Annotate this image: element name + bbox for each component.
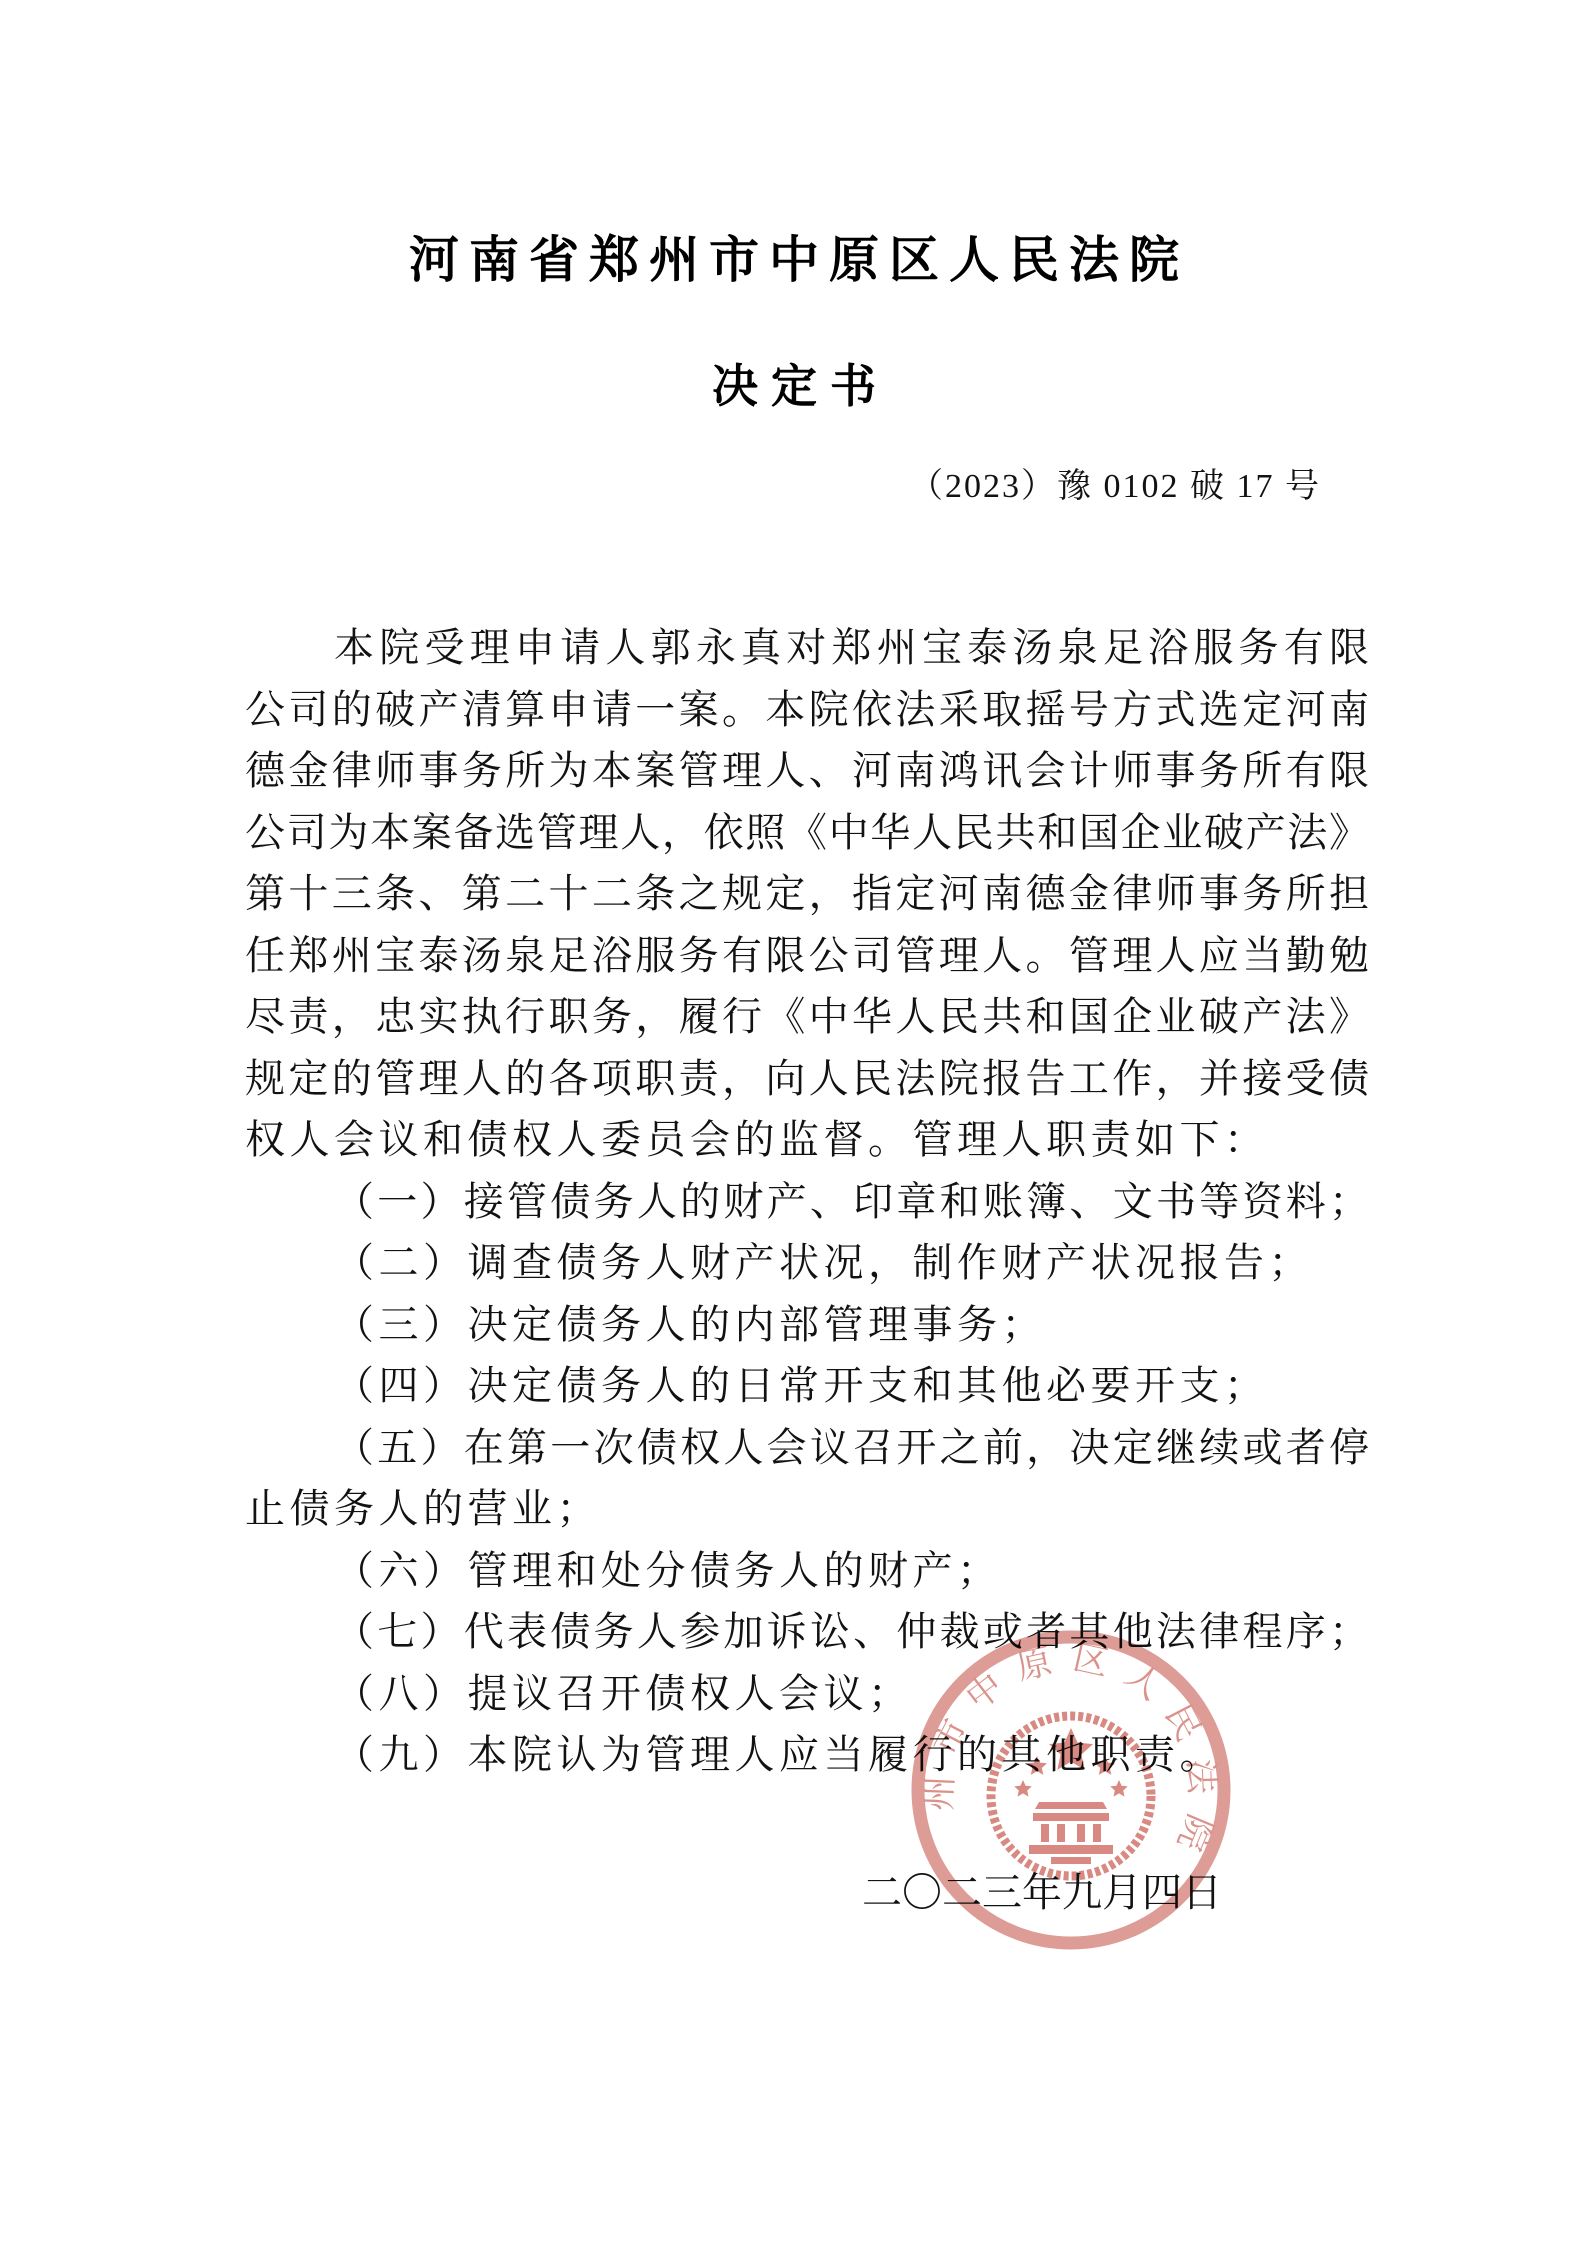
body-line: 本院受理申请人郭永真对郑州宝泰汤泉足浴服务有限 [245, 617, 1370, 679]
body-line: 规定的管理人的各项职责，向人民法院报告工作，并接受债 [245, 1048, 1370, 1110]
body-line: 尽责，忠实执行职务，履行《中华人民共和国企业破产法》 [245, 986, 1370, 1048]
body-line: 第十三条、第二十二条之规定，指定河南德金律师事务所担 [245, 863, 1370, 925]
body-line: （三）决定债务人的内部管理事务； [245, 1294, 1370, 1356]
document-type-title: 决定书 [0, 350, 1588, 416]
court-decision-document: 河南省郑州市中原区人民法院 决定书 （2023）豫 0102 破 17 号 本院… [0, 0, 1588, 2245]
document-date: 二〇二三年九月四日 [862, 1868, 1222, 1918]
body-line: 公司的破产清算申请一案。本院依法采取摇号方式选定河南 [245, 679, 1370, 741]
body-line: 德金律师事务所为本案管理人、河南鸿讯会计师事务所有限 [245, 740, 1370, 802]
page-title: 河南省郑州市中原区人民法院 [0, 220, 1588, 292]
body-line: 权人会议和债权人委员会的监督。管理人职责如下： [245, 1109, 1370, 1171]
body-line: 止债务人的营业； [245, 1478, 1370, 1540]
body-line: （二）调查债务人财产状况，制作财产状况报告； [245, 1232, 1370, 1294]
body-line: 任郑州宝泰汤泉足浴服务有限公司管理人。管理人应当勤勉 [245, 925, 1370, 987]
body-line: （四）决定债务人的日常开支和其他必要开支； [245, 1355, 1370, 1417]
body-line: （一）接管债务人的财产、印章和账簿、文书等资料； [245, 1171, 1370, 1233]
body-line: （五）在第一次债权人会议召开之前，决定继续或者停 [245, 1417, 1370, 1479]
body-line: （六）管理和处分债务人的财产； [245, 1540, 1370, 1602]
body-line: （七）代表债务人参加诉讼、仲裁或者其他法律程序； [245, 1601, 1370, 1663]
document-body: 本院受理申请人郭永真对郑州宝泰汤泉足浴服务有限公司的破产清算申请一案。本院依法采… [245, 617, 1370, 1786]
case-number: （2023）豫 0102 破 17 号 [909, 458, 1321, 507]
body-line: 公司为本案备选管理人，依照《中华人民共和国企业破产法》 [245, 802, 1370, 864]
body-line: （八）提议召开债权人会议； [245, 1663, 1370, 1725]
body-line: （九）本院认为管理人应当履行的其他职责。 [245, 1724, 1370, 1786]
